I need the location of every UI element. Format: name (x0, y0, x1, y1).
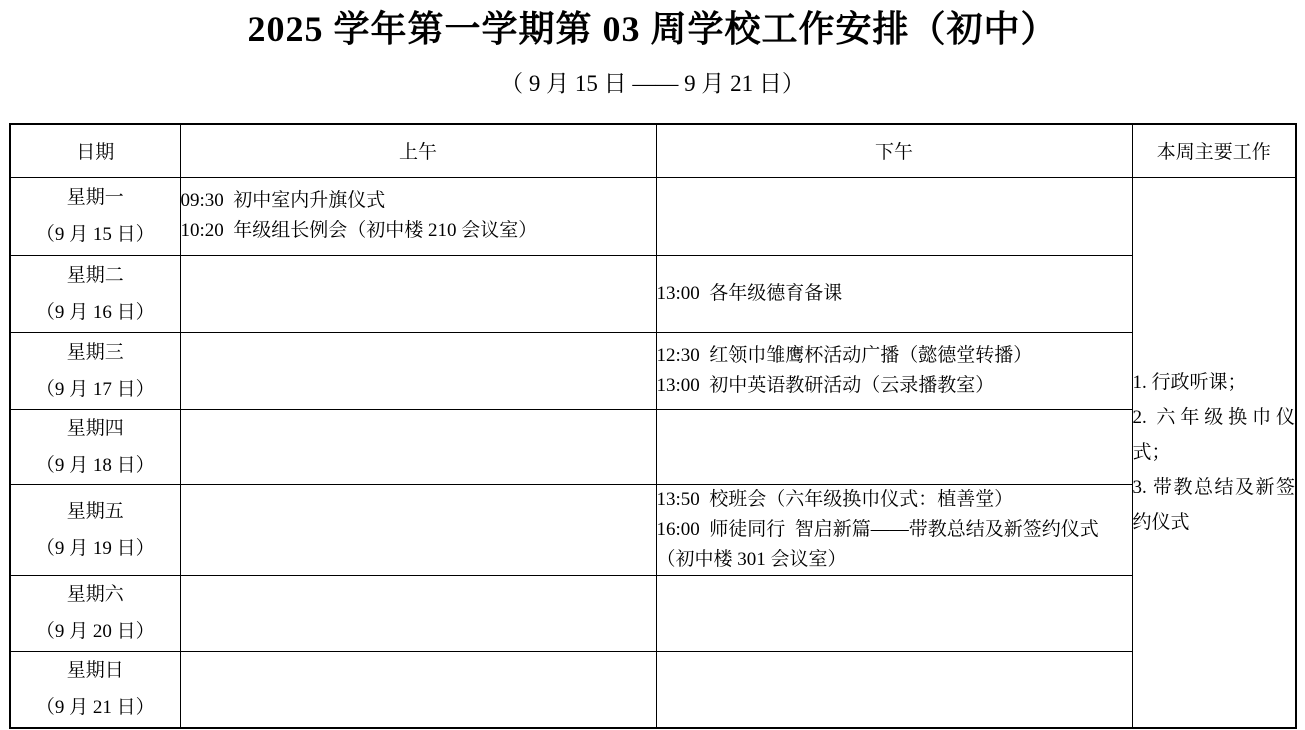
date-label: （9 月 19 日） (11, 530, 180, 567)
date-label: （9 月 16 日） (11, 294, 180, 331)
list-item: 12:30 红领巾雏鹰杯活动广播（懿德堂转播） (657, 341, 1132, 371)
list-item: 13:00 各年级德育备课 (657, 279, 1132, 309)
table-row-tuesday: 星期二 （9 月 16 日） 13:00 各年级德育备课 (10, 255, 1296, 332)
page-title: 2025 学年第一学期第 03 周学校工作安排（初中） (0, 6, 1305, 53)
list-item: 13:50 校班会（六年级换巾仪式：植善堂） (657, 485, 1132, 515)
list-item: 09:30 初中室内升旗仪式 (181, 186, 656, 216)
morning-cell-saturday (180, 575, 656, 651)
afternoon-cell-saturday (656, 575, 1132, 651)
afternoon-cell-tuesday: 13:00 各年级德育备课 (656, 255, 1132, 332)
table-row-monday: 星期一 （9 月 15 日） 09:30 初中室内升旗仪式10:20 年级组长例… (10, 177, 1296, 255)
afternoon-cell-thursday (656, 409, 1132, 484)
morning-cell-sunday (180, 651, 656, 728)
morning-cell-tuesday (180, 255, 656, 332)
date-cell-monday: 星期一 （9 月 15 日） (10, 177, 180, 255)
list-item: 16:00 师徒同行 智启新篇——带教总结及新签约仪式（初中楼 301 会议室） (657, 515, 1132, 575)
date-cell-tuesday: 星期二 （9 月 16 日） (10, 255, 180, 332)
date-label: （9 月 17 日） (11, 371, 180, 408)
header-afternoon: 下午 (656, 124, 1132, 177)
list-item: 2. 六年级换巾仪式； (1133, 400, 1296, 470)
day-label: 星期五 (11, 493, 180, 530)
morning-cell-thursday (180, 409, 656, 484)
afternoon-cell-monday (656, 177, 1132, 255)
date-label: （9 月 18 日） (11, 447, 180, 484)
date-label: （9 月 21 日） (11, 689, 180, 726)
table-header-row: 日期 上午 下午 本周主要工作 (10, 124, 1296, 177)
list-item: 1. 行政听课； (1133, 365, 1296, 400)
table-row-saturday: 星期六 （9 月 20 日） (10, 575, 1296, 651)
day-label: 星期一 (11, 179, 180, 216)
header-weekly-work: 本周主要工作 (1132, 124, 1296, 177)
date-label: （9 月 20 日） (11, 613, 180, 650)
header-date: 日期 (10, 124, 180, 177)
date-cell-thursday: 星期四 （9 月 18 日） (10, 409, 180, 484)
afternoon-cell-sunday (656, 651, 1132, 728)
day-label: 星期二 (11, 257, 180, 294)
date-cell-saturday: 星期六 （9 月 20 日） (10, 575, 180, 651)
document-page: 2025 学年第一学期第 03 周学校工作安排（初中） （ 9 月 15 日 —… (0, 6, 1305, 730)
table-row-wednesday: 星期三 （9 月 17 日） 12:30 红领巾雏鹰杯活动广播（懿德堂转播）13… (10, 332, 1296, 409)
weekly-tasks-cell: 1. 行政听课；2. 六年级换巾仪式；3. 带教总结及新签约仪式 (1132, 177, 1296, 728)
afternoon-cell-wednesday: 12:30 红领巾雏鹰杯活动广播（懿德堂转播）13:00 初中英语教研活动（云录… (656, 332, 1132, 409)
list-item: 3. 带教总结及新签约仪式 (1133, 470, 1296, 540)
day-label: 星期六 (11, 576, 180, 613)
date-cell-friday: 星期五 （9 月 19 日） (10, 484, 180, 575)
morning-cell-friday (180, 484, 656, 575)
list-item: 10:20 年级组长例会（初中楼 210 会议室） (181, 216, 656, 246)
header-morning: 上午 (180, 124, 656, 177)
table-row-thursday: 星期四 （9 月 18 日） (10, 409, 1296, 484)
weekly-schedule-table: 日期 上午 下午 本周主要工作 星期一 （9 月 15 日） 09:30 初中室… (9, 123, 1297, 729)
morning-cell-wednesday (180, 332, 656, 409)
list-item: 13:00 初中英语教研活动（云录播教室） (657, 371, 1132, 401)
page-subtitle: （ 9 月 15 日 —— 9 月 21 日） (0, 69, 1305, 99)
date-label: （9 月 15 日） (11, 216, 180, 253)
day-label: 星期日 (11, 652, 180, 689)
date-cell-wednesday: 星期三 （9 月 17 日） (10, 332, 180, 409)
table-row-friday: 星期五 （9 月 19 日） 13:50 校班会（六年级换巾仪式：植善堂）16:… (10, 484, 1296, 575)
table-row-sunday: 星期日 （9 月 21 日） (10, 651, 1296, 728)
morning-cell-monday: 09:30 初中室内升旗仪式10:20 年级组长例会（初中楼 210 会议室） (180, 177, 656, 255)
day-label: 星期三 (11, 334, 180, 371)
date-cell-sunday: 星期日 （9 月 21 日） (10, 651, 180, 728)
afternoon-cell-friday: 13:50 校班会（六年级换巾仪式：植善堂）16:00 师徒同行 智启新篇——带… (656, 484, 1132, 575)
day-label: 星期四 (11, 410, 180, 447)
